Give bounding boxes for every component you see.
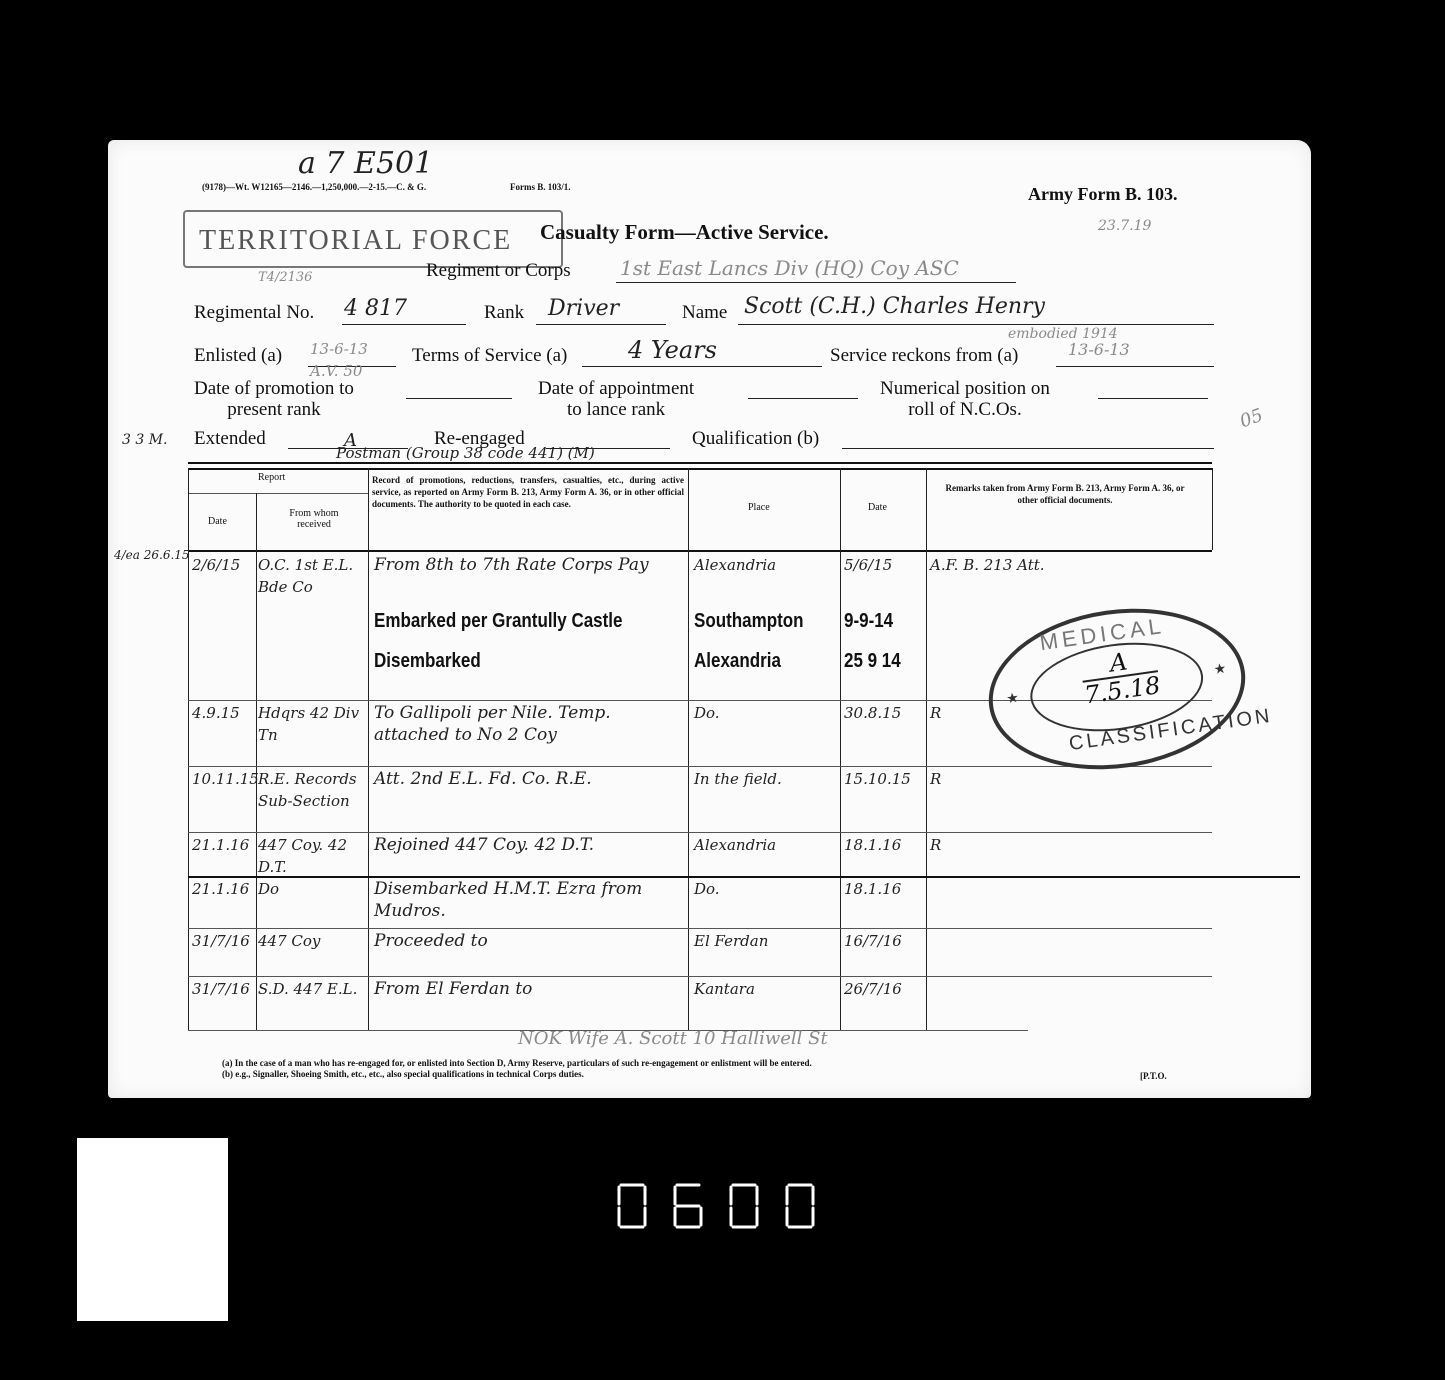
qualification-label: Qualification (b) [692,428,819,450]
cell-record: Att. 2nd E.L. Fd. Co. R.E. [374,768,684,790]
cell-date: 31/7/16 [192,930,254,952]
form-title: Casualty Form—Active Service. [540,220,829,245]
cell-remarks: A.F. B. 213 Att. [930,554,1130,576]
service-note: embodied 1914 [1008,326,1118,342]
cell-from: Hdqrs 42 Div Tn [258,702,366,746]
rank-value: Driver [548,296,619,321]
casualty-form-document: a 7 E501 (9178)—Wt. W12165—2146.—1,250,0… [108,140,1311,1098]
cell-date2: 26/7/16 [844,978,924,1000]
blank-index-card [77,1138,228,1321]
cell-record: From El Ferdan to [374,978,684,1000]
margin-note-top: T4/2136 [258,270,312,285]
header-report: Report [258,472,285,483]
footnote-a: (a) In the case of a man who has re-enga… [222,1058,812,1068]
counter-digit [784,1183,816,1229]
cell-place: In the field. [694,768,838,790]
star-icon: ★ [1213,661,1228,680]
cell-date: 10.11.15 [192,768,254,790]
cell-date: 4.9.15 [192,702,254,724]
cell-date2: 25 9 14 [844,650,912,672]
cell-place: El Ferdan [694,930,838,952]
occupation-note: Postman (Group 38 code 441) (M) [336,444,595,462]
enlisted-value: 13-6-13 [310,340,368,358]
row-divider [188,928,1212,929]
counter-digit [672,1183,704,1229]
margin-note-left: 3 3 M. [122,432,168,448]
cell-date: 2/6/15 [192,554,254,576]
cell-remarks: R [930,768,1130,790]
margin-row-note: 4/ea 26.6.15 [114,548,190,562]
regimental-no-value: 4 817 [344,296,407,321]
name-value: Scott (C.H.) Charles Henry [744,294,1045,319]
footnote-b: (b) e.g., Signaller, Shoeing Smith, etc.… [222,1069,584,1079]
cell-place: Do. [694,878,838,900]
cell-from: Do [258,878,366,900]
cell-date2: 30.8.15 [844,702,924,724]
counter-digit [616,1183,648,1229]
name-label: Name [682,302,727,324]
cell-date2: 15.10.15 [844,768,924,790]
ncos-label: Numerical position on roll of N.C.Os. [880,378,1050,420]
appointment-label: Date of appointment to lance rank [538,378,694,420]
margin-note-right: 05 [1237,405,1266,433]
print-code: (9178)—Wt. W12165—2146.—1,250,000.—2-15.… [202,182,426,192]
cell-date2: 18.1.16 [844,878,924,900]
cell-place: Kantara [694,978,838,1000]
faint-top-note: 23.7.19 [1098,218,1151,234]
cell-date2: 5/6/15 [844,554,924,576]
cell-date: 21.1.16 [192,878,254,900]
regiment-label: Regiment or Corps [426,260,571,282]
header-date2: Date [868,502,887,513]
terms-value: 4 Years [628,336,717,364]
cell-from: S.D. 447 E.L. [258,978,366,1000]
cell-from: 447 Coy. 42 D.T. [258,834,366,878]
cell-remarks: R [930,834,1130,856]
service-reckons-label: Service reckons from (a) [830,345,1018,367]
pto-marker: [P.T.O. [1140,1071,1167,1081]
header-from-whom: From whom received [272,508,356,530]
frame-counter [616,1183,816,1229]
cell-date2: 9-9-14 [844,610,912,632]
forms-reference: Forms B. 103/1. [510,182,571,192]
terms-label: Terms of Service (a) [412,345,567,367]
header-remarks: Remarks taken from Army Form B. 213, Arm… [940,482,1190,506]
cell-record: From 8th to 7th Rate Corps Pay [374,554,684,576]
cell-date2: 18.1.16 [844,834,924,856]
star-icon: ★ [1005,690,1020,709]
promotion-label: Date of promotion to present rank [194,378,354,420]
cell-place: Southampton [694,610,816,632]
cell-date: 21.1.16 [192,834,254,856]
extended-label: Extended [194,428,266,450]
medical-grade: A 7.5.18 [1079,644,1162,708]
cell-date2: 16/7/16 [844,930,924,952]
header-date: Date [208,516,227,527]
handwritten-reference: a 7 E501 [298,146,433,181]
cell-record: Rejoined 447 Coy. 42 D.T. [374,834,684,856]
cell-record: Embarked per Grantully Castle [374,610,638,632]
row-divider [188,976,1212,977]
regimental-no-label: Regimental No. [194,302,314,324]
counter-digit [728,1183,760,1229]
army-form-number: Army Form B. 103. [1028,184,1177,205]
cell-place: Do. [694,702,838,724]
cell-from: R.E. Records Sub-Section [258,768,366,812]
regiment-value: 1st East Lancs Div (HQ) Coy ASC [620,256,959,280]
row-divider [188,876,1300,878]
medical-classification-stamp: MEDICAL ★ ★ A 7.5.18 CLASSIFICATION [978,593,1255,785]
enlisted-label: Enlisted (a) [194,345,282,367]
cell-from: O.C. 1st E.L. Bde Co [258,554,366,598]
cell-record: Disembarked [374,650,638,672]
row-divider [188,766,1212,767]
next-of-kin-note: NOK Wife A. Scott 10 Halliwell St [518,1028,828,1049]
cell-record: To Gallipoli per Nile. Temp. attached to… [374,702,684,746]
cell-date: 31/7/16 [192,978,254,1000]
cell-record: Proceeded to [374,930,684,952]
header-record: Record of promotions, reductions, transf… [372,474,684,510]
header-place: Place [748,502,770,513]
rank-label: Rank [484,302,524,324]
service-reckons-value: 13-6-13 [1068,340,1130,359]
row-divider [188,832,1212,833]
cell-place: Alexandria [694,554,838,576]
cell-from: 447 Coy [258,930,366,952]
cell-place: Alexandria [694,650,816,672]
cell-record: Disembarked H.M.T. Ezra from Mudros. [374,878,684,922]
cell-place: Alexandria [694,834,838,856]
